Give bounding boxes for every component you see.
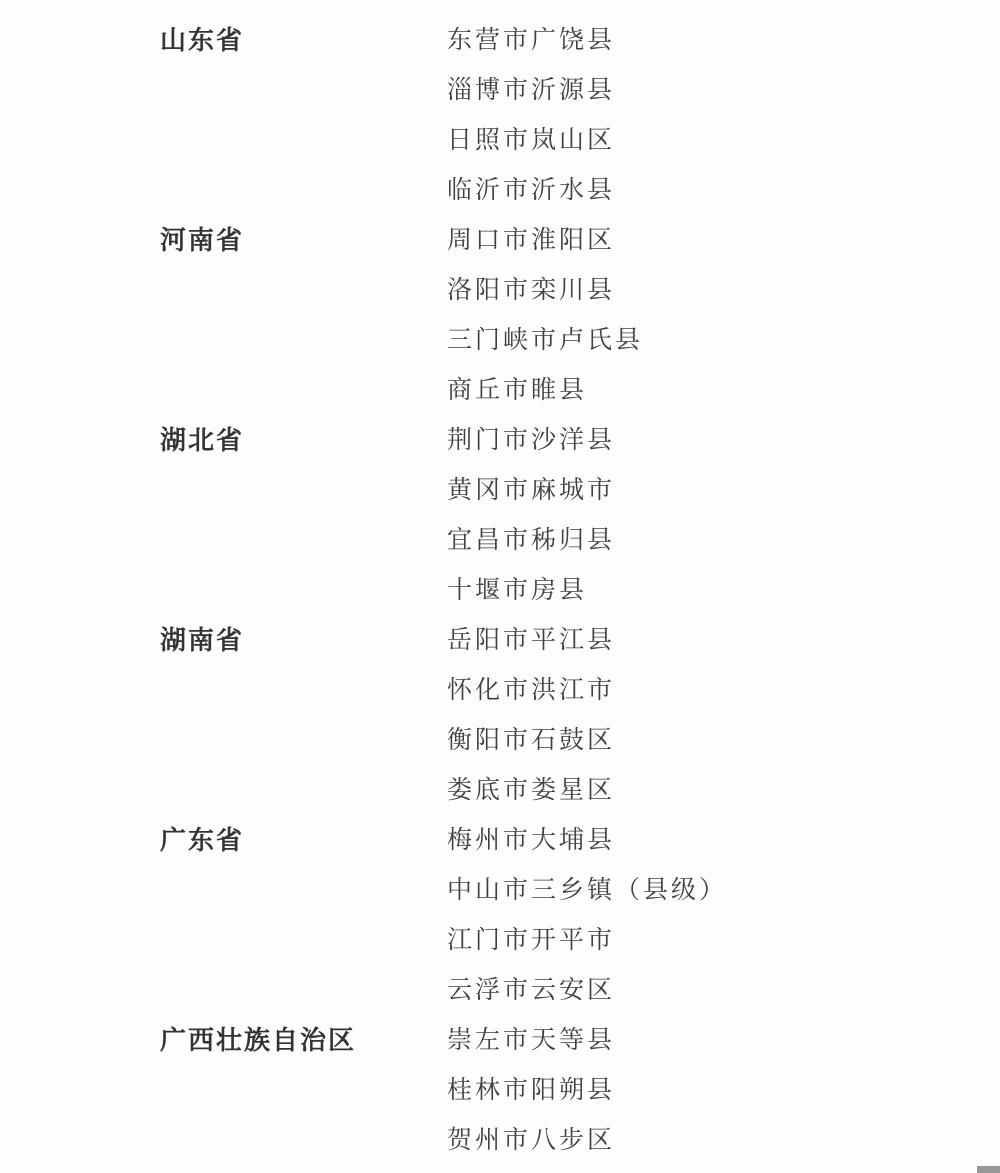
city-label: 十堰市房县 — [447, 566, 1000, 616]
province-cell: 河南省 — [0, 216, 447, 266]
city-label: 周口市淮阳区 — [447, 216, 1000, 266]
province-section: 山东省 东营市广饶县 淄博市沂源县 日照市岚山区 临沂市沂水县 — [0, 16, 1000, 216]
province-section: 湖南省 岳阳市平江县 怀化市洪江市 衡阳市石鼓区 娄底市娄星区 — [0, 616, 1000, 816]
province-label: 河南省 — [160, 216, 447, 266]
city-label: 荆门市沙洋县 — [447, 416, 1000, 466]
province-section: 湖北省 荆门市沙洋县 黄冈市麻城市 宜昌市秭归县 十堰市房县 — [0, 416, 1000, 616]
city-label: 桂林市阳朔县 — [447, 1066, 1000, 1116]
city-label: 梅州市大埔县 — [447, 816, 1000, 866]
province-cell: 山东省 — [0, 16, 447, 66]
city-label: 洛阳市栾川县 — [447, 266, 1000, 316]
province-cell: 湖南省 — [0, 616, 447, 666]
city-label: 黄冈市麻城市 — [447, 466, 1000, 516]
city-label: 日照市岚山区 — [447, 116, 1000, 166]
province-section: 广西壮族自治区 崇左市天等县 桂林市阳朔县 贺州市八步区 — [0, 1016, 1000, 1166]
scan-corner-artifact — [977, 1166, 1000, 1173]
city-label: 娄底市娄星区 — [447, 766, 1000, 816]
city-label: 东营市广饶县 — [447, 16, 1000, 66]
document-page: 山东省 东营市广饶县 淄博市沂源县 日照市岚山区 临沂市沂水县 河南省 周口市淮… — [0, 0, 1000, 1173]
province-label: 湖北省 — [160, 416, 447, 466]
province-cell: 湖北省 — [0, 416, 447, 466]
city-label: 怀化市洪江市 — [447, 666, 1000, 716]
cities-cell: 周口市淮阳区 洛阳市栾川县 三门峡市卢氏县 商丘市睢县 — [447, 216, 1000, 416]
cities-cell: 梅州市大埔县 中山市三乡镇（县级） 江门市开平市 云浮市云安区 — [447, 816, 1000, 1016]
city-label: 淄博市沂源县 — [447, 66, 1000, 116]
cities-cell: 荆门市沙洋县 黄冈市麻城市 宜昌市秭归县 十堰市房县 — [447, 416, 1000, 616]
province-city-list: 山东省 东营市广饶县 淄博市沂源县 日照市岚山区 临沂市沂水县 河南省 周口市淮… — [0, 16, 1000, 1166]
city-label: 贺州市八步区 — [447, 1116, 1000, 1166]
city-label: 崇左市天等县 — [447, 1016, 1000, 1066]
province-section: 广东省 梅州市大埔县 中山市三乡镇（县级） 江门市开平市 云浮市云安区 — [0, 816, 1000, 1016]
province-label: 广东省 — [160, 816, 447, 866]
province-label: 湖南省 — [160, 616, 447, 666]
city-label: 中山市三乡镇（县级） — [447, 866, 1000, 916]
cities-cell: 东营市广饶县 淄博市沂源县 日照市岚山区 临沂市沂水县 — [447, 16, 1000, 216]
city-label: 临沂市沂水县 — [447, 166, 1000, 216]
city-label: 宜昌市秭归县 — [447, 516, 1000, 566]
city-label: 衡阳市石鼓区 — [447, 716, 1000, 766]
city-label: 商丘市睢县 — [447, 366, 1000, 416]
province-label: 山东省 — [160, 16, 447, 66]
province-section: 河南省 周口市淮阳区 洛阳市栾川县 三门峡市卢氏县 商丘市睢县 — [0, 216, 1000, 416]
city-label: 云浮市云安区 — [447, 966, 1000, 1016]
city-label: 江门市开平市 — [447, 916, 1000, 966]
city-label: 三门峡市卢氏县 — [447, 316, 1000, 366]
province-cell: 广西壮族自治区 — [0, 1016, 447, 1066]
city-label: 岳阳市平江县 — [447, 616, 1000, 666]
province-label: 广西壮族自治区 — [160, 1016, 447, 1066]
cities-cell: 崇左市天等县 桂林市阳朔县 贺州市八步区 — [447, 1016, 1000, 1166]
province-cell: 广东省 — [0, 816, 447, 866]
cities-cell: 岳阳市平江县 怀化市洪江市 衡阳市石鼓区 娄底市娄星区 — [447, 616, 1000, 816]
